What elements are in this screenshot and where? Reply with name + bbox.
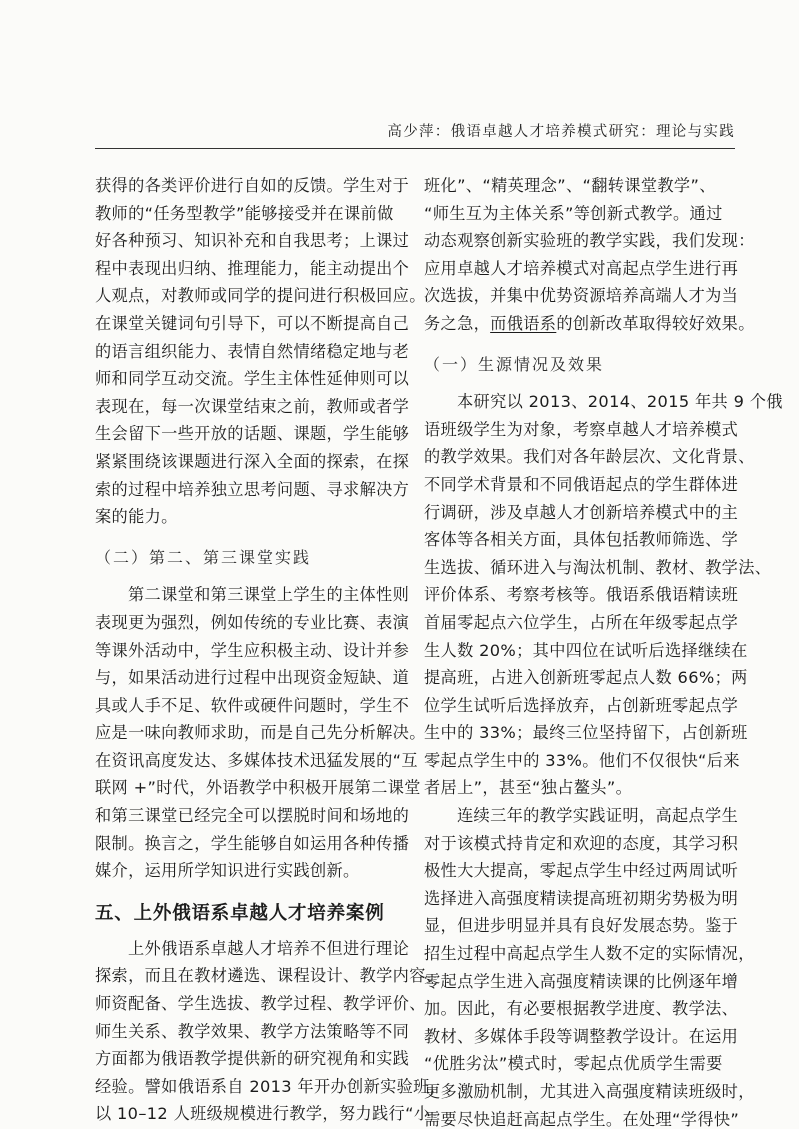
text-line: 教材、多媒体手段等调整教学设计。在运用 [424,1023,732,1051]
text-line: 联网 +”时代，外语教学中积极开展第二课堂 [95,774,405,802]
text-line: 程中表现出归纳、推理能力，能主动提出个 [95,255,405,283]
text-line: 生选拔、循环进入与淘汰机制、教材、教学法、 [424,554,732,582]
text-line: 师和同学互动交流。学生主体性延伸则可以 [95,365,405,393]
text-line: 本研究以 2013、2014、2015 年共 9 个俄 [424,388,732,416]
text-line: 班化”、“精英理念”、“翻转课堂教学”、 [424,172,732,200]
text-line: 探索，而且在教材遴选、课程设计、教学内容、 [95,962,405,990]
text-line: 行调研，涉及卓越人才创新培养模式中的主 [424,499,732,527]
running-header: 高少萍：俄语卓越人才培养模式研究：理论与实践 [95,120,735,141]
subsection-heading: （一）生源情况及效果 [424,351,732,379]
text-line: 客体等各相关方面，具体包括教师筛选、学 [424,526,732,554]
paragraph: 连续三年的教学实践证明，高起点学生 对于该模式持肯定和欢迎的态度，其学习积 极性… [424,802,732,1129]
right-column: 班化”、“精英理念”、“翻转课堂教学”、 “师生互为主体关系”等创新式教学。通过… [424,172,732,1129]
left-column: 获得的各类评价进行自如的反馈。学生对于 教师的“任务型教学”能够接受并在课前做 … [95,172,405,1128]
text-line: 零起点学生进入高强度精读课的比例逐年增 [424,968,732,996]
text-line: 以 10–12 人班级规模进行教学，努力践行“小 [95,1100,405,1128]
text-line: 好各种预习、知识补充和自我思考；上课过 [95,227,405,255]
text-line: 极性大大提高，零起点学生中经过两周试听 [424,857,732,885]
text-line: 师资配备、学生选拔、教学过程、教学评价、 [95,990,405,1018]
text-line: 需要尽快追赶高起点学生。在处理“学得快” [424,1106,732,1129]
text-line: 首届零起点六位学生，占所在年级零起点学 [424,609,732,637]
text-line: 索的过程中培养独立思考问题、寻求解决方 [95,476,405,504]
text-line: 在资讯高度发达、多媒体技术迅猛发展的“互 [95,747,405,775]
paragraph: 获得的各类评价进行自如的反馈。学生对于 教师的“任务型教学”能够接受并在课前做 … [95,172,405,531]
text-line: 加。因此，有必要根据教学进度、教学法、 [424,995,732,1023]
text-line: 语班级学生为对象，考察卓越人才培养模式 [424,416,732,444]
text-line: 对于该模式持肯定和欢迎的态度，其学习积 [424,830,732,858]
section-heading: 五、上外俄语系卓越人才培养案例 [95,899,405,929]
text-line: 案的能力。 [95,503,405,531]
text-line: 教师的“任务型教学”能够接受并在课前做 [95,200,405,228]
paragraph: 本研究以 2013、2014、2015 年共 9 个俄 语班级学生为对象，考察卓… [424,388,732,802]
paragraph: 班化”、“精英理念”、“翻转课堂教学”、 “师生互为主体关系”等创新式教学。通过… [424,172,732,338]
header-rule [95,148,735,149]
text-line: 紧紧围绕该课题进行深入全面的探索，在探 [95,448,405,476]
text-line: 上外俄语系卓越人才培养不但进行理论 [95,935,405,963]
text-line: 应用卓越人才培养模式对高起点学生进行再 [424,255,732,283]
text-line: 等课外活动中，学生应积极主动、设计并参 [95,637,405,665]
text-line: 表现在，每一次课堂结束之前，教师或者学 [95,393,405,421]
text-line: 应是一味向教师求助，而是自己先分析解决。 [95,719,405,747]
text-line: “优胜劣汰”模式时，零起点优质学生需要 [424,1050,732,1078]
underlined-text: 而俄语系 [490,314,556,333]
text-line: 位学生试听后选择放弃，占创新班零起点学 [424,692,732,720]
text-line: 媒介，运用所学知识进行实践创新。 [95,857,405,885]
text-line: 提高班，占进入创新班零起点人数 66%；两 [424,664,732,692]
text-line: 生会留下一些开放的话题、课题，学生能够 [95,420,405,448]
text-line: 动态观察创新实验班的教学实践，我们发现： [424,227,732,255]
text-line: 生人数 20%；其中四位在试听后选择继续在 [424,637,732,665]
text-line: 生中的 33%；最终三位坚持留下，占创新班 [424,719,732,747]
text-line: 招生过程中高起点学生人数不定的实际情况， [424,940,732,968]
text-line: 表现更为强烈，例如传统的专业比赛、表演 [95,609,405,637]
text-line: 获得的各类评价进行自如的反馈。学生对于 [95,172,405,200]
text-line: 更多激励机制，尤其进入高强度精读班级时， [424,1078,732,1106]
text-line: 与，如果活动进行过程中出现资金短缺、道 [95,664,405,692]
text-line: 师生关系、教学效果、教学方法策略等不同 [95,1018,405,1046]
paragraph: 上外俄语系卓越人才培养不但进行理论 探索，而且在教材遴选、课程设计、教学内容、 … [95,935,405,1128]
text-line: 务之急，而俄语系的创新改革取得较好效果。 [424,310,732,338]
text-line: 连续三年的教学实践证明，高起点学生 [424,802,732,830]
text-line: 在课堂关键词句引导下，可以不断提高自己 [95,310,405,338]
subsection-heading: （二）第二、第三课堂实践 [95,544,405,572]
text-line: 者居上”，甚至“独占鳌头”。 [424,774,732,802]
text-line: 显，但进步明显并具有良好发展态势。鉴于 [424,912,732,940]
text-line: 的语言组织能力、表情自然情绪稳定地与老 [95,338,405,366]
text-line: 第二课堂和第三课堂上学生的主体性则 [95,581,405,609]
text-line: 次选拔，并集中优势资源培养高端人才为当 [424,282,732,310]
text-line: 评价体系、考察考核等。俄语系俄语精读班 [424,581,732,609]
paragraph: 第二课堂和第三课堂上学生的主体性则 表现更为强烈，例如传统的专业比赛、表演 等课… [95,581,405,885]
text-segment: 的创新改革取得较好效果。 [556,314,754,333]
text-line: 限制。换言之，学生能够自如运用各种传播 [95,830,405,858]
text-line: “师生互为主体关系”等创新式教学。通过 [424,200,732,228]
text-line: 零起点学生中的 33%。他们不仅很快“后来 [424,747,732,775]
text-line: 人观点，对教师或同学的提问进行积极回应。 [95,282,405,310]
text-line: 方面都为俄语教学提供新的研究视角和实践 [95,1045,405,1073]
text-line: 具或人手不足、软件或硬件问题时，学生不 [95,692,405,720]
text-line: 选择进入高强度精读提高班初期劣势极为明 [424,885,732,913]
text-line: 经验。譬如俄语系自 2013 年开办创新实验班， [95,1073,405,1101]
text-line: 和第三课堂已经完全可以摆脱时间和场地的 [95,802,405,830]
text-segment: 务之急， [424,314,490,333]
text-line: 不同学术背景和不同俄语起点的学生群体进 [424,471,732,499]
text-line: 的教学效果。我们对各年龄层次、文化背景、 [424,443,732,471]
